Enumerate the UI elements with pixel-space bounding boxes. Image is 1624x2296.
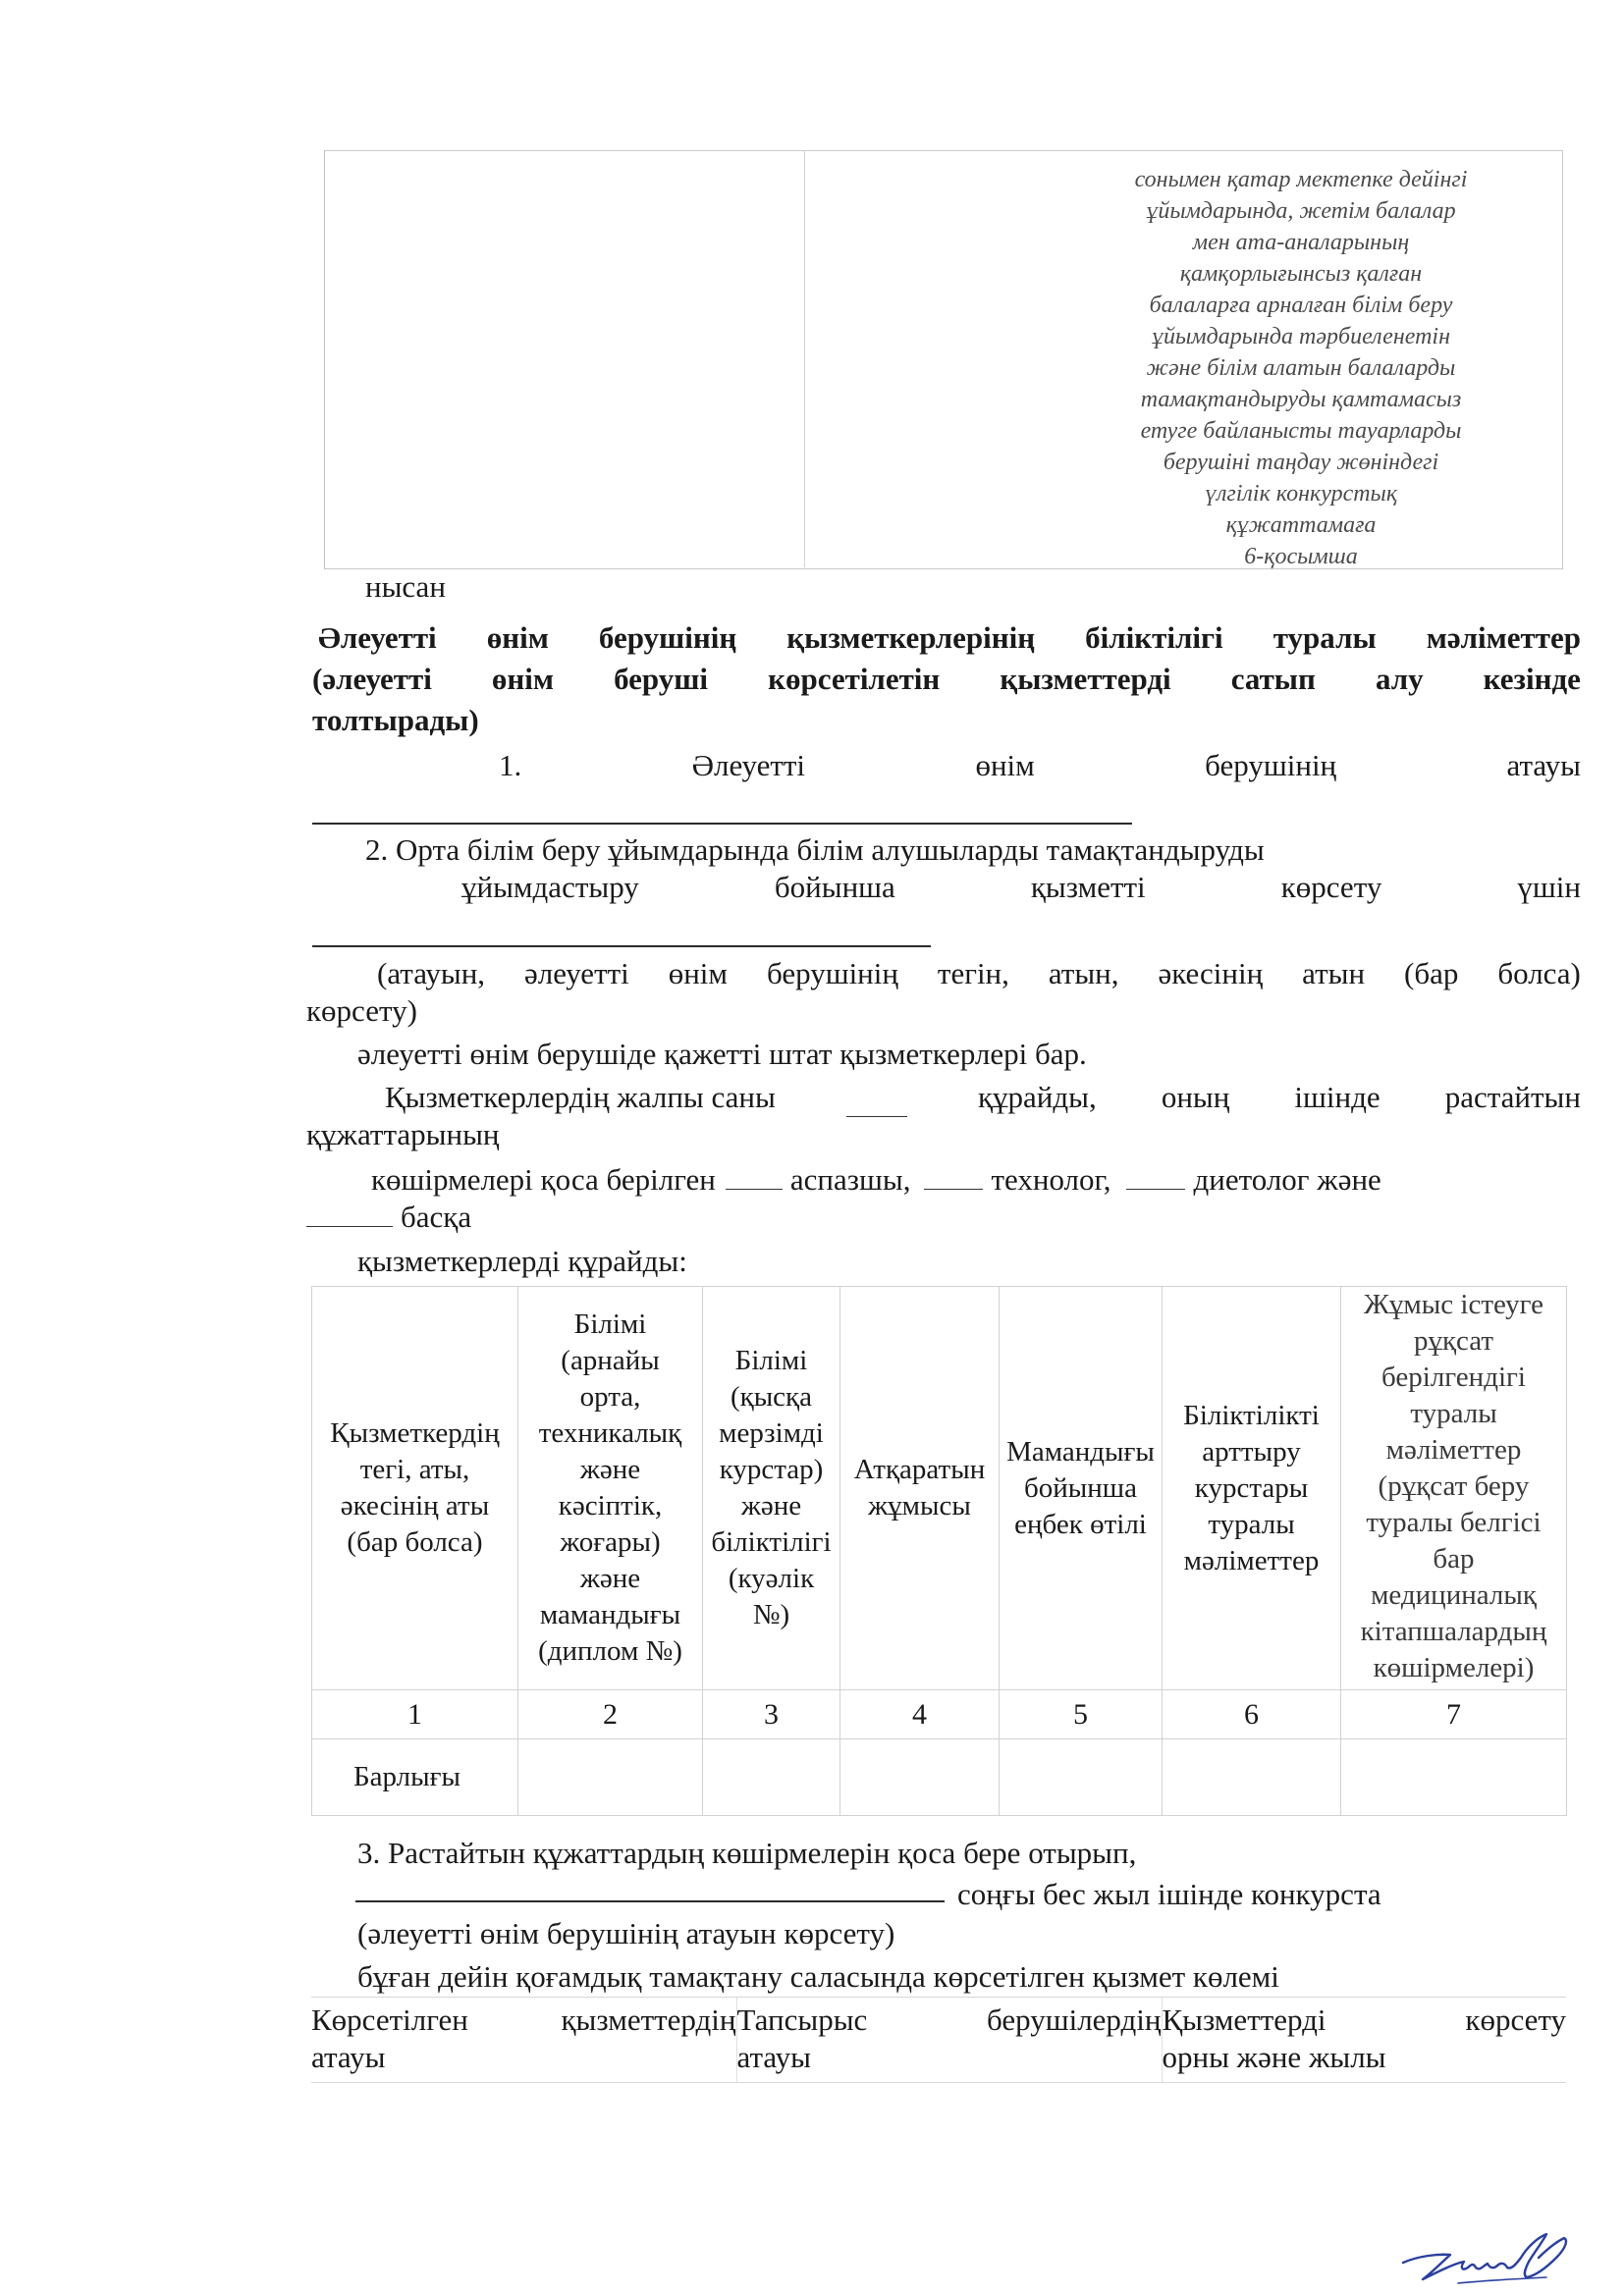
annex-line: тамақтандыруды қамтамасыз xyxy=(1085,384,1517,415)
item1-word: берушінің xyxy=(1205,746,1336,785)
item1-word: Әлеуетті xyxy=(692,746,805,785)
other-label: басқа xyxy=(401,1200,471,1234)
hint-word: атын, xyxy=(1049,954,1119,993)
title-word: өнім xyxy=(492,660,554,699)
item1-word: өнім xyxy=(975,746,1034,785)
header-line: орта, xyxy=(518,1379,702,1415)
item2-word: ұйымдастыру xyxy=(461,868,639,907)
header-line: мерзімді xyxy=(703,1415,839,1452)
header-line: курстар) xyxy=(703,1452,839,1488)
staff-total-word: құрайды, xyxy=(978,1078,1097,1117)
header-word: атауы xyxy=(311,2039,736,2076)
table-header-row: Көрсетілгенқызметтердің атауы Тапсырысбе… xyxy=(311,1998,1566,2083)
title-line-1: Әлеуетті өнім берушінің қызметкерлерінің… xyxy=(318,618,1581,658)
header-line: Біліктілікті xyxy=(1163,1398,1340,1434)
title-word: кезінде xyxy=(1484,660,1581,699)
item1-line: 1. Әлеуетті өнім берушінің атауы xyxy=(499,746,1581,785)
header-line: (қысқа xyxy=(703,1379,839,1415)
header-line: Мамандығы xyxy=(1000,1434,1162,1470)
item3-hint: (әлеуетті өнім берушінің атауын көрсету) xyxy=(357,1914,894,1953)
header-line: жоғары) xyxy=(518,1524,702,1561)
table-row: Барлығы xyxy=(312,1739,1567,1816)
title-word: туралы xyxy=(1273,618,1377,658)
header-word: Қызметтерді xyxy=(1163,2002,1326,2039)
header-line: медициналық xyxy=(1341,1577,1566,1614)
signature-icon xyxy=(1399,2228,1596,2287)
dietitian-count-blank[interactable] xyxy=(1126,1163,1185,1190)
column-number: 5 xyxy=(1000,1690,1163,1739)
header-line: бойынша xyxy=(1000,1470,1162,1507)
header-place-year: Қызметтердікөрсету орны және жылы xyxy=(1162,1998,1566,2083)
title-word: өнім xyxy=(487,618,549,658)
header-service-name: Көрсетілгенқызметтердің атауы xyxy=(311,1998,736,2083)
documents-line: құжаттарының xyxy=(306,1115,500,1154)
header-line: Білімі xyxy=(518,1307,702,1343)
service-provider-blank[interactable] xyxy=(312,945,931,947)
column-number: 6 xyxy=(1163,1690,1341,1739)
header-line: еңбек өтілі xyxy=(1000,1507,1162,1543)
header-line: туралы xyxy=(1163,1507,1340,1543)
item3-line-2: соңғы бес жыл ішінде конкурста xyxy=(957,1875,1381,1914)
annex-line: берушіні таңдау жөніндегі xyxy=(1085,447,1517,478)
header-line: берілгендігі xyxy=(1341,1360,1566,1396)
annex-line: құжаттамаға xyxy=(1085,509,1517,541)
title-word: көрсетілетін xyxy=(768,660,940,699)
column-number: 2 xyxy=(518,1690,703,1739)
title-word: қызметтерді xyxy=(1000,660,1170,699)
column-number: 1 xyxy=(312,1690,518,1739)
header-line: техникалық xyxy=(518,1415,702,1452)
header-line: әкесінің аты xyxy=(312,1488,517,1524)
item2-word: бойынша xyxy=(775,868,895,907)
cook-count-blank[interactable] xyxy=(726,1163,783,1190)
column-number: 7 xyxy=(1341,1690,1567,1739)
header-line: бар xyxy=(1341,1541,1566,1577)
services-volume-table: Көрсетілгенқызметтердің атауы Тапсырысбе… xyxy=(311,1997,1566,2083)
header-line: Білімі xyxy=(703,1343,839,1379)
header-word: атауы xyxy=(737,2039,1162,2076)
staff-total-word: ішінде xyxy=(1294,1078,1380,1117)
annex-line: сонымен қатар мектепке дейінгі xyxy=(1085,164,1517,195)
hint-word: (атауын, xyxy=(377,954,485,993)
title-word: беруші xyxy=(614,660,708,699)
table-cell[interactable] xyxy=(703,1739,840,1816)
other-count-blank[interactable] xyxy=(306,1201,393,1227)
header-training-courses: Біліктіліктіарттырукурстарытуралымәлімет… xyxy=(1163,1287,1341,1690)
title-word: біліктілігі xyxy=(1085,618,1223,658)
item3-line-1: 3. Растайтын құжаттардың көшірмелерін қо… xyxy=(357,1834,1136,1873)
header-work-experience: Мамандығыбойыншаеңбек өтілі xyxy=(1000,1287,1163,1690)
title-word: алу xyxy=(1376,660,1424,699)
table-cell[interactable] xyxy=(1341,1739,1567,1816)
technologist-label: технолог, xyxy=(991,1162,1110,1197)
table-header-row: Қызметкердіңтегі, аты,әкесінің аты(бар б… xyxy=(312,1287,1567,1690)
header-line: Атқаратын xyxy=(840,1452,999,1488)
hint-word: берушінің xyxy=(767,954,898,993)
staff-total-word: оның xyxy=(1162,1078,1230,1117)
header-word: қызметтердің xyxy=(562,2002,736,2039)
item1-number: 1. xyxy=(499,746,521,785)
title-word: сатып xyxy=(1231,660,1316,699)
header-line: және xyxy=(518,1561,702,1597)
item3-line-3: бұған дейін қоғамдық тамақтану саласында… xyxy=(357,1957,1279,1997)
item2-word: көрсету xyxy=(1281,868,1382,907)
item2-word: қызметті xyxy=(1031,868,1146,907)
staff-available-line: әлеуетті өнім берушіде қажетті штат қызм… xyxy=(357,1035,1087,1074)
item2-hint-line-1: (атауын, әлеуетті өнім берушінің тегін, … xyxy=(377,954,1581,993)
staff-total-blank[interactable] xyxy=(846,1091,907,1117)
table-cell[interactable] xyxy=(840,1739,1000,1816)
header-line: туралы xyxy=(1341,1396,1566,1432)
hint-word: болса) xyxy=(1497,954,1581,993)
copies-line: көшірмелері қоса берілгенаспазшы,техноло… xyxy=(371,1160,1381,1200)
column-number: 3 xyxy=(703,1690,840,1739)
staff-total-line: Қызметкерлердің жалпы саны құрайды, оның… xyxy=(385,1078,1581,1117)
staff-total-word: растайтын xyxy=(1445,1078,1581,1117)
title-line-2: (әлеуетті өнім беруші көрсетілетін қызме… xyxy=(312,660,1581,699)
title-word: (әлеуетті xyxy=(312,660,432,699)
header-line: арттыру xyxy=(1163,1434,1340,1470)
hint-word: өнім xyxy=(669,954,728,993)
supplier-name-blank[interactable] xyxy=(312,823,1132,825)
table-cell[interactable] xyxy=(518,1739,703,1816)
hint-word: тегін, xyxy=(938,954,1009,993)
annex-line: балаларға арналған білім беру xyxy=(1085,290,1517,321)
header-full-name: Қызметкердіңтегі, аты,әкесінің аты(бар б… xyxy=(312,1287,518,1690)
cook-label: аспазшы, xyxy=(790,1162,911,1197)
header-line: Қызметкердің xyxy=(312,1415,517,1452)
title-word: қызметкерлерінің xyxy=(786,618,1035,658)
header-line: курстары xyxy=(1163,1470,1340,1507)
annex-caption: сонымен қатар мектепке дейінгі ұйымдарын… xyxy=(1085,164,1517,572)
header-line: және xyxy=(518,1452,702,1488)
annex-line: қамқорлығынсыз қалған xyxy=(1085,258,1517,290)
compose-line: қызметкерлерді құрайды: xyxy=(357,1242,687,1281)
hint-word: (бар xyxy=(1404,954,1458,993)
annex-line: мен ата-аналарының xyxy=(1085,227,1517,258)
hint-word: атын xyxy=(1302,954,1365,993)
table-cell[interactable] xyxy=(1000,1739,1163,1816)
header-line: (бар болса) xyxy=(312,1524,517,1561)
item1-word: атауы xyxy=(1507,746,1581,785)
header-position: Атқаратынжұмысы xyxy=(840,1287,1000,1690)
title-word: Әлеуетті xyxy=(318,618,437,658)
header-line: және xyxy=(703,1488,839,1524)
header-line: мамандығы xyxy=(518,1597,702,1633)
header-work-permit: Жұмыс істеугерұқсатберілгендігітуралымәл… xyxy=(1341,1287,1567,1690)
title-word: берушінің xyxy=(599,618,736,658)
header-word: көрсету xyxy=(1465,2002,1566,2039)
header-line: (куәлік xyxy=(703,1561,839,1597)
title-line-3: толтырады) xyxy=(312,701,479,740)
header-frame-divider xyxy=(804,150,805,567)
header-line: тегі, аты, xyxy=(312,1452,517,1488)
header-line: біліктілігі xyxy=(703,1524,839,1561)
annex-line: етуге байланысты тауарларды xyxy=(1085,415,1517,447)
header-line: Жұмыс істеуге xyxy=(1341,1287,1566,1323)
annex-line: 6-қосымша xyxy=(1085,541,1517,572)
annex-line: ұйымдарында тәрбиеленетін xyxy=(1085,321,1517,352)
annex-line: үлгілік конкурстық xyxy=(1085,478,1517,509)
technologist-count-blank[interactable] xyxy=(924,1163,983,1190)
title-word: мәліметтер xyxy=(1427,618,1581,658)
annex-line: ұйымдарында, жетім балалар xyxy=(1085,195,1517,227)
header-word: Тапсырыс xyxy=(737,2002,868,2039)
header-word: орны және жылы xyxy=(1163,2039,1567,2076)
item2-hint-line-2: көрсету) xyxy=(306,991,417,1031)
total-label: Барлығы xyxy=(312,1739,518,1816)
table-column-numbers-row: 1 2 3 4 5 6 7 xyxy=(312,1690,1567,1739)
other-line: басқа xyxy=(306,1198,471,1237)
header-education-courses: Білімі(қысқамерзімдікурстар)жәнебіліктіл… xyxy=(703,1287,840,1690)
dietitian-label: диетолог және xyxy=(1193,1162,1380,1197)
header-line: жұмысы xyxy=(840,1488,999,1524)
staff-qualification-table: Қызметкердіңтегі, аты,әкесінің аты(бар б… xyxy=(311,1286,1567,1816)
header-line: мәліметтер xyxy=(1341,1432,1566,1468)
header-line: рұқсат xyxy=(1341,1323,1566,1360)
header-education-special: Білімі(арнайыорта,техникалықжәнекәсіптік… xyxy=(518,1287,703,1690)
header-line: (диплом №) xyxy=(518,1633,702,1670)
header-customer-name: Тапсырысберушілердің атауы xyxy=(736,1998,1162,2083)
supplier-name-blank-3[interactable] xyxy=(355,1900,945,1902)
form-label: нысан xyxy=(365,567,446,607)
column-number: 4 xyxy=(840,1690,1000,1739)
header-line: мәліметтер xyxy=(1163,1543,1340,1579)
header-line: туралы белгісі xyxy=(1341,1505,1566,1541)
item2-line-2: ұйымдастыру бойынша қызметті көрсету үші… xyxy=(461,868,1581,907)
header-line: кітапшалардың xyxy=(1341,1614,1566,1650)
table-cell[interactable] xyxy=(1163,1739,1341,1816)
hint-word: әлеуетті xyxy=(524,954,629,993)
header-line: көшірмелері) xyxy=(1341,1650,1566,1686)
annex-line: және білім алатын балаларды xyxy=(1085,352,1517,384)
staff-total-label: Қызметкерлердің жалпы саны xyxy=(385,1078,776,1117)
header-word: Көрсетілген xyxy=(311,2002,468,2039)
header-line: (рұқсат беру xyxy=(1341,1468,1566,1505)
header-line: (арнайы xyxy=(518,1343,702,1379)
copies-label: көшірмелері қоса берілген xyxy=(371,1162,716,1197)
header-line: №) xyxy=(703,1597,839,1633)
item2-word: үшін xyxy=(1517,868,1581,907)
header-line: кәсіптік, xyxy=(518,1488,702,1524)
header-word: берушілердің xyxy=(987,2002,1162,2039)
item2-line-1: 2. Орта білім беру ұйымдарында білім алу… xyxy=(365,830,1265,870)
hint-word: әкесінің xyxy=(1158,954,1263,993)
